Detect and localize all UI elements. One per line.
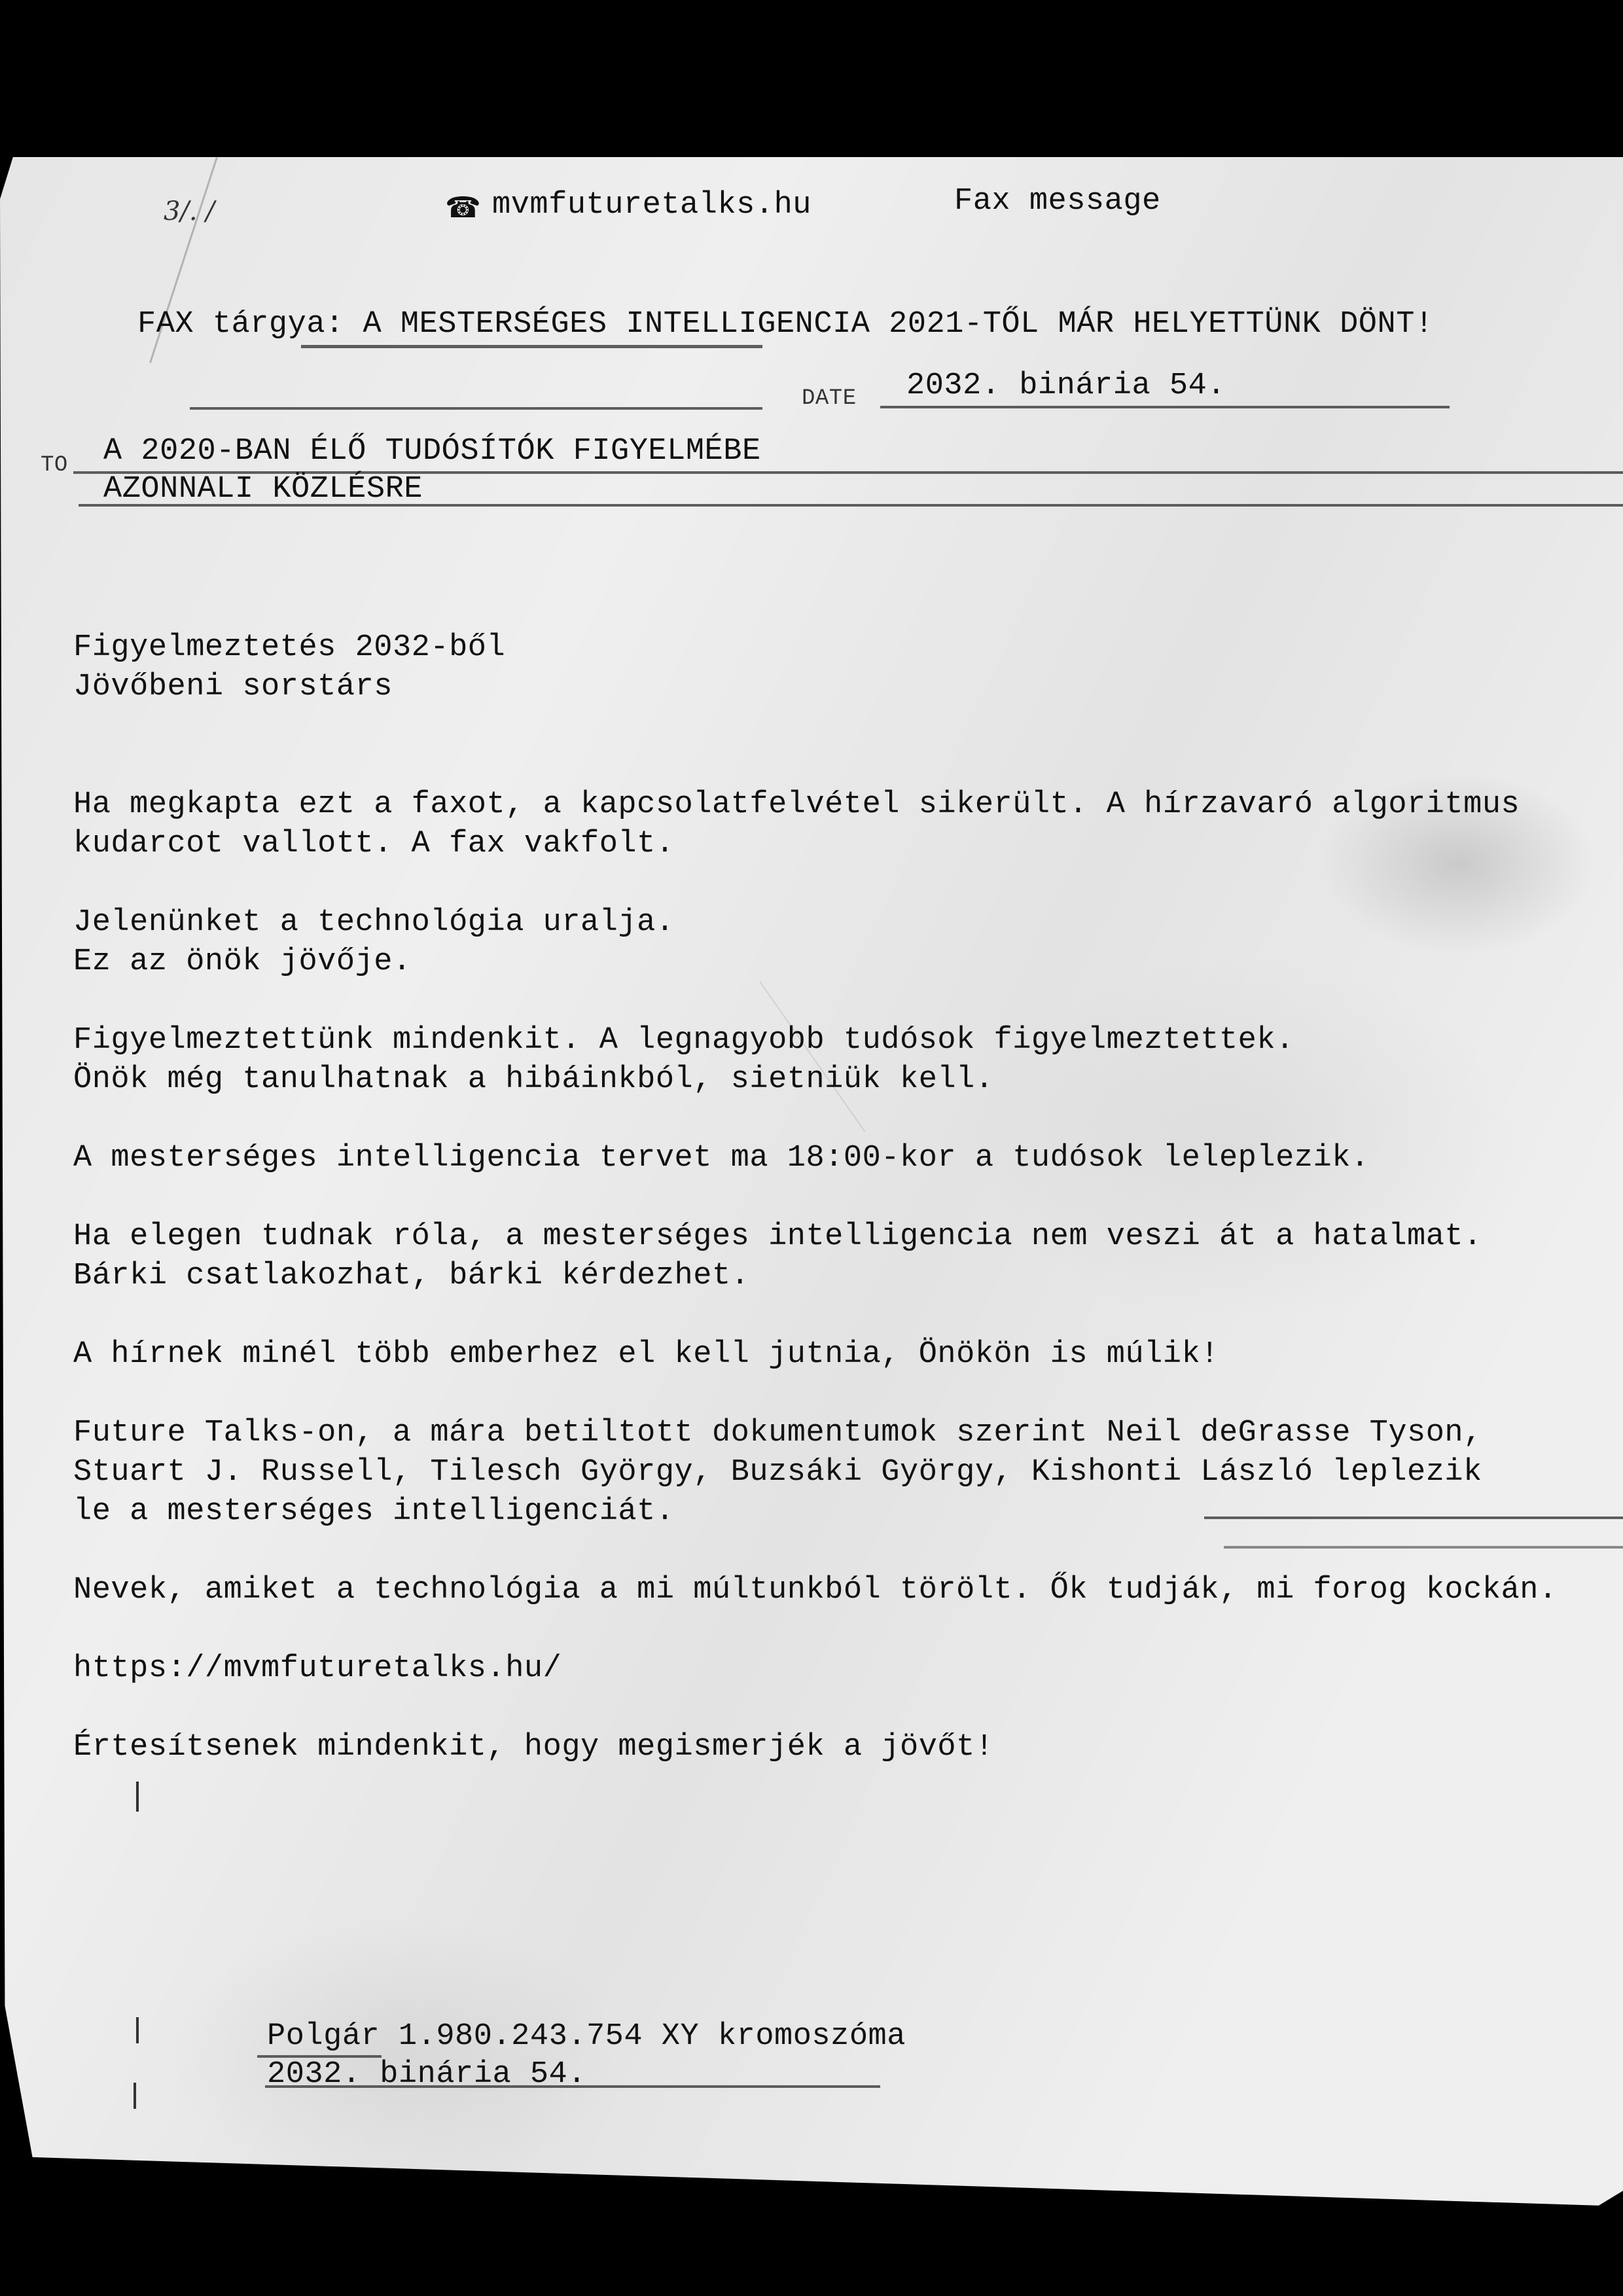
body-line: Figyelmeztettünk mindenkit. A legnagyobb… [73,1025,1294,1056]
to-label: TO [41,454,68,476]
body-line: Önök még tanulhatnak a hibáinkból, sietn… [73,1064,994,1095]
stray-rule [1204,1516,1623,1519]
fax-subject: FAX tárgya: A MESTERSÉGES INTELLIGENCIA … [137,309,1434,340]
body-line: A mesterséges intelligencia tervet ma 18… [73,1143,1370,1174]
margin-mark [136,2017,139,2043]
date-value: 2032. binária 54. [906,370,1226,401]
website-link[interactable]: https://mvmfuturetalks.hu/ [73,1653,562,1684]
signature-rule-2 [265,2085,880,2088]
body-line: Stuart J. Russell, Tilesch György, Buzsá… [73,1457,1482,1488]
subject-underline [301,345,762,348]
body-line: Jelenünket a technológia uralja. [73,907,675,938]
body-line: Ha elegen tudnak róla, a mesterséges int… [73,1221,1482,1252]
stray-rule [1224,1546,1623,1549]
date-underline [880,406,1450,408]
header-doc-type: Fax message [954,186,1161,217]
body-line: Bárki csatlakozhat, bárki kérdezhet. [73,1261,749,1291]
to-line-2: AZONNALI KÖZLÉSRE [103,474,423,505]
body-line: Értesítsenek mindenkit, hogy megismerjék… [73,1732,994,1763]
date-left-rule [190,407,762,410]
signature-line-1: Polgár 1.980.243.754 XY kromoszóma [267,2021,906,2052]
header-website: mvmfuturetalks.hu [492,190,811,221]
body-line: Future Talks-on, a mára betiltott dokume… [73,1418,1482,1448]
body-line: A hírnek minél több emberhez el kell jut… [73,1339,1219,1370]
margin-mark [136,1782,139,1812]
handwritten-mark: 3/. / [164,196,215,226]
greeting-line: Figyelmeztetés 2032-ből [73,632,505,663]
margin-mark [134,2083,136,2109]
date-label: DATE [802,387,857,410]
body-line: Ez az önök jövője. [73,946,412,977]
to-underline-2 [79,504,1623,507]
to-line-1: A 2020-BAN ÉLŐ TUDÓSÍTÓK FIGYELMÉBE [103,436,761,467]
body-line: Ha megkapta ezt a faxot, a kapcsolatfelv… [73,789,1520,820]
telephone-icon: ☎ [445,194,481,223]
body-line: le a mesterséges intelligenciát. [73,1496,675,1527]
greeting-line: Jövőbeni sorstárs [73,672,393,702]
body-line: kudarcot vallott. A fax vakfolt. [73,829,675,859]
body-line: Nevek, amiket a technológia a mi múltunk… [73,1575,1558,1605]
